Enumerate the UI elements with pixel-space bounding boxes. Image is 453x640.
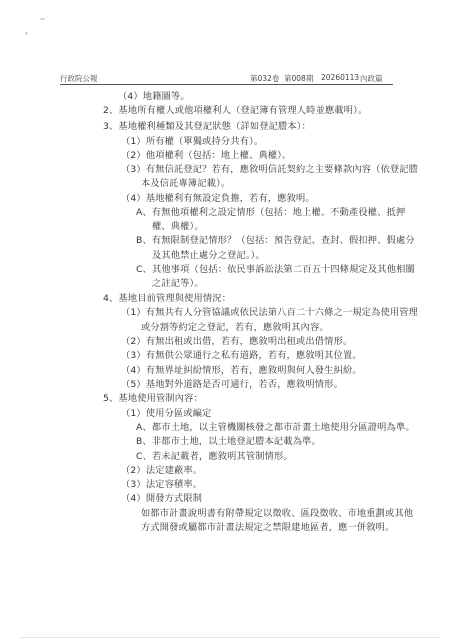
text-line: （1）使用分區或編定 — [121, 408, 212, 420]
text-line: （3）有無供公眾通行之私有道路，若有，應敘明其位置。 — [121, 350, 362, 362]
scan-speck — [40, 18, 45, 20]
text-line: B、非都市土地，以土地登記謄本記載為準。 — [136, 436, 321, 448]
document-page: 行政院公報 第032卷 第008期 20260113 內政篇 （4）地籍圖等。 … — [0, 0, 453, 640]
scan-speck — [25, 32, 28, 35]
text-line: 之註記等）。 — [152, 278, 204, 290]
text-line: A、都市土地，以主管機關核發之都市計畫土地使用分區證明為準。 — [136, 422, 415, 434]
publication-title: 行政院公報 — [60, 73, 98, 84]
text-line: （4）開發方式限制 — [121, 493, 202, 505]
text-line: C、若未記載者，應敘明其管制情形。 — [136, 451, 293, 463]
issue-number: 第008期 — [284, 73, 313, 84]
text-line: （4）基地權利有無設定負擔，若有，應敘明。 — [121, 193, 315, 205]
text-line: （2）法定建蔽率。 — [121, 465, 202, 477]
text-line: （1）所有權（單獨或持分共有）。 — [121, 136, 263, 148]
text-line: （3）有無信託登記？若有，應敘明信託契約之主要條款內容（依登記謄 — [121, 164, 418, 176]
text-line: B、有無限制登記情形？（包括：預告登記、查封、假扣押、假處分 — [136, 235, 415, 247]
text-line: 方式開發或屬都市計畫法規定之禁限建地區者，應一併敘明。 — [141, 522, 394, 534]
text-line: （2）有無出租或出借，若有，應敘明出租或出借情形。 — [121, 336, 352, 348]
text-line: 本及信託專簿記載）。 — [141, 178, 230, 190]
text-line: A、有無他項權利之設定情形（包括：地上權、不動產役權、抵押 — [136, 207, 405, 219]
section-heading: 3、基地權利種類及其登記狀態（詳如登記謄本）： — [103, 121, 311, 133]
publication-date: 20260113 — [321, 73, 359, 82]
text-line: （2）他項權利（包括：地上權、典權）。 — [121, 150, 291, 162]
text-line: 及其他禁止處分之登記。）。 — [152, 250, 265, 262]
volume-number: 第032卷 — [250, 73, 279, 84]
text-line: （4）地籍圖等。 — [118, 91, 190, 103]
text-line: （5）基地對外道路是否可通行，若否，應敘明情形。 — [121, 379, 343, 391]
section-name: 內政篇 — [360, 73, 383, 84]
page-header: 行政院公報 第032卷 第008期 20260113 內政篇 — [60, 72, 393, 85]
text-line: C、其他事項（包括：依民事訴訟法第二百五十四條規定及其他相關 — [136, 264, 415, 276]
section-heading: 2、基地所有權人或他項權利人（登記簿有管理人時並應載明）。 — [103, 105, 367, 117]
text-line: 權、典權）。 — [152, 221, 204, 233]
text-line: （4）有無界址糾紛情形，若有，應敘明與何人發生糾紛。 — [121, 365, 362, 377]
text-line: 如都市計畫說明書有附帶規定以徵收、區段徵收、市地重劃或其他 — [141, 508, 413, 520]
text-line: （1）有無共有人分管協議或依民法第八百二十六條之一規定為使用管理 — [121, 307, 418, 319]
text-line: 或分割等約定之登記，若有，應敘明其內容。 — [141, 322, 329, 334]
text-line: （3）法定容積率。 — [121, 479, 202, 491]
section-heading: 5、基地使用管制內容： — [103, 393, 203, 405]
scan-edge-line — [20, 637, 440, 638]
section-heading: 4、基地目前管理與使用情況： — [103, 293, 231, 305]
